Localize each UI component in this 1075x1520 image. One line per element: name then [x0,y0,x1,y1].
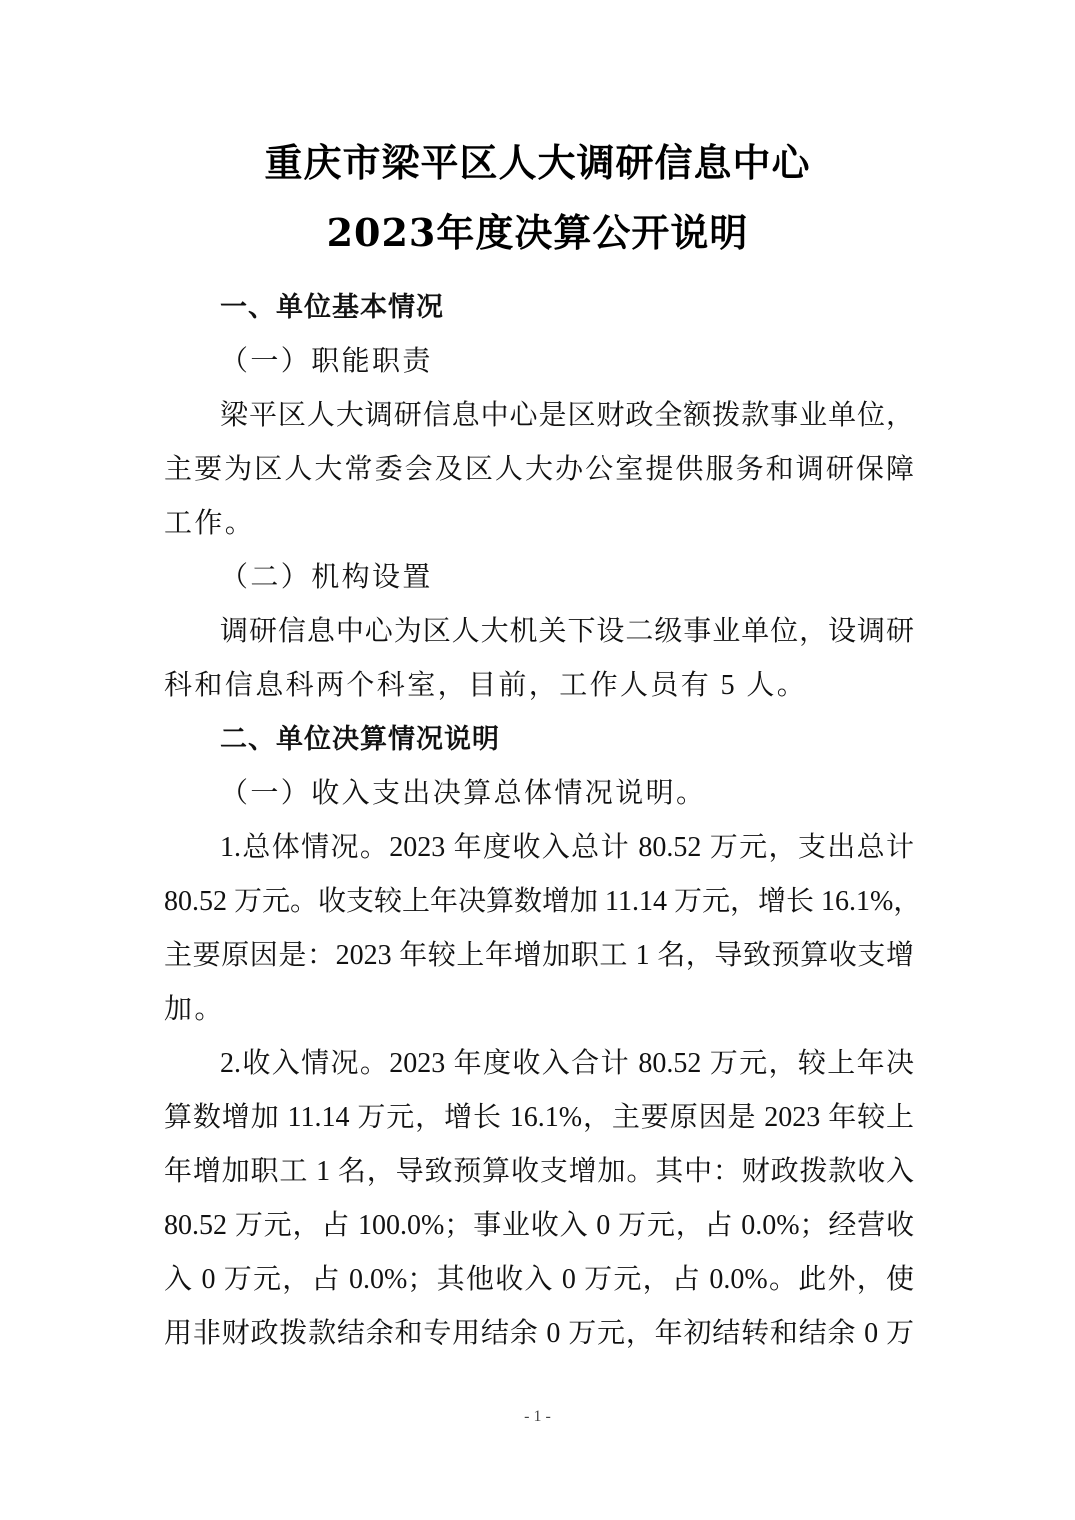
paragraph-line: 梁平区人大调研信息中心是区财政全额拨款事业单位， [220,396,914,436]
paragraph-line: 1.总体情况。2023 年度收入总计 80.52 万元，支出总计 [220,828,914,868]
paragraph-line: 算数增加 11.14 万元，增长 16.1%，主要原因是 2023 年较上 [164,1098,914,1138]
paragraph-line: 加。 [164,990,914,1030]
section-heading-2: 二、单位决算情况说明 [220,720,914,760]
paragraph-line: 80.52 万元，占 100.0%；事业收入 0 万元，占 0.0%；经营收 [164,1206,914,1246]
subsection-heading-2-1: （一）收入支出决算总体情况说明。 [220,774,914,814]
paragraph-line: 主要为区人大常委会及区人大办公室提供服务和调研保障 [164,450,914,490]
page-number: - 1 - [0,1408,1075,1426]
paragraph-line: 科和信息科两个科室，目前，工作人员有 5 人。 [164,666,914,706]
subsection-heading-1-2: （二）机构设置 [220,558,914,598]
paragraph-line: 年增加职工 1 名，导致预算收支增加。其中：财政拨款收入 [164,1152,914,1192]
section-heading-1: 一、单位基本情况 [220,288,914,328]
paragraph-line: 主要原因是：2023 年较上年增加职工 1 名，导致预算收支增 [164,936,914,976]
paragraph-line: 入 0 万元，占 0.0%；其他收入 0 万元，占 0.0%。此外，使 [164,1260,914,1300]
document-page: 重庆市梁平区人大调研信息中心 2023年度决算公开说明 一、单位基本情况 （一）… [0,0,1075,1520]
document-title-line1: 重庆市梁平区人大调研信息中心 [0,132,1075,187]
document-title-line2: 2023年度决算公开说明 [0,202,1075,257]
paragraph-line: 用非财政拨款结余和专用结余 0 万元，年初结转和结余 0 万 [164,1314,914,1354]
paragraph-line: 80.52 万元。收支较上年决算数增加 11.14 万元，增长 16.1%， [164,882,914,922]
paragraph-line: 工作。 [164,504,914,544]
subsection-heading-1-1: （一）职能职责 [220,342,914,382]
paragraph-line: 2.收入情况。2023 年度收入合计 80.52 万元，较上年决 [220,1044,914,1084]
paragraph-line: 调研信息中心为区人大机关下设二级事业单位，设调研 [220,612,914,652]
